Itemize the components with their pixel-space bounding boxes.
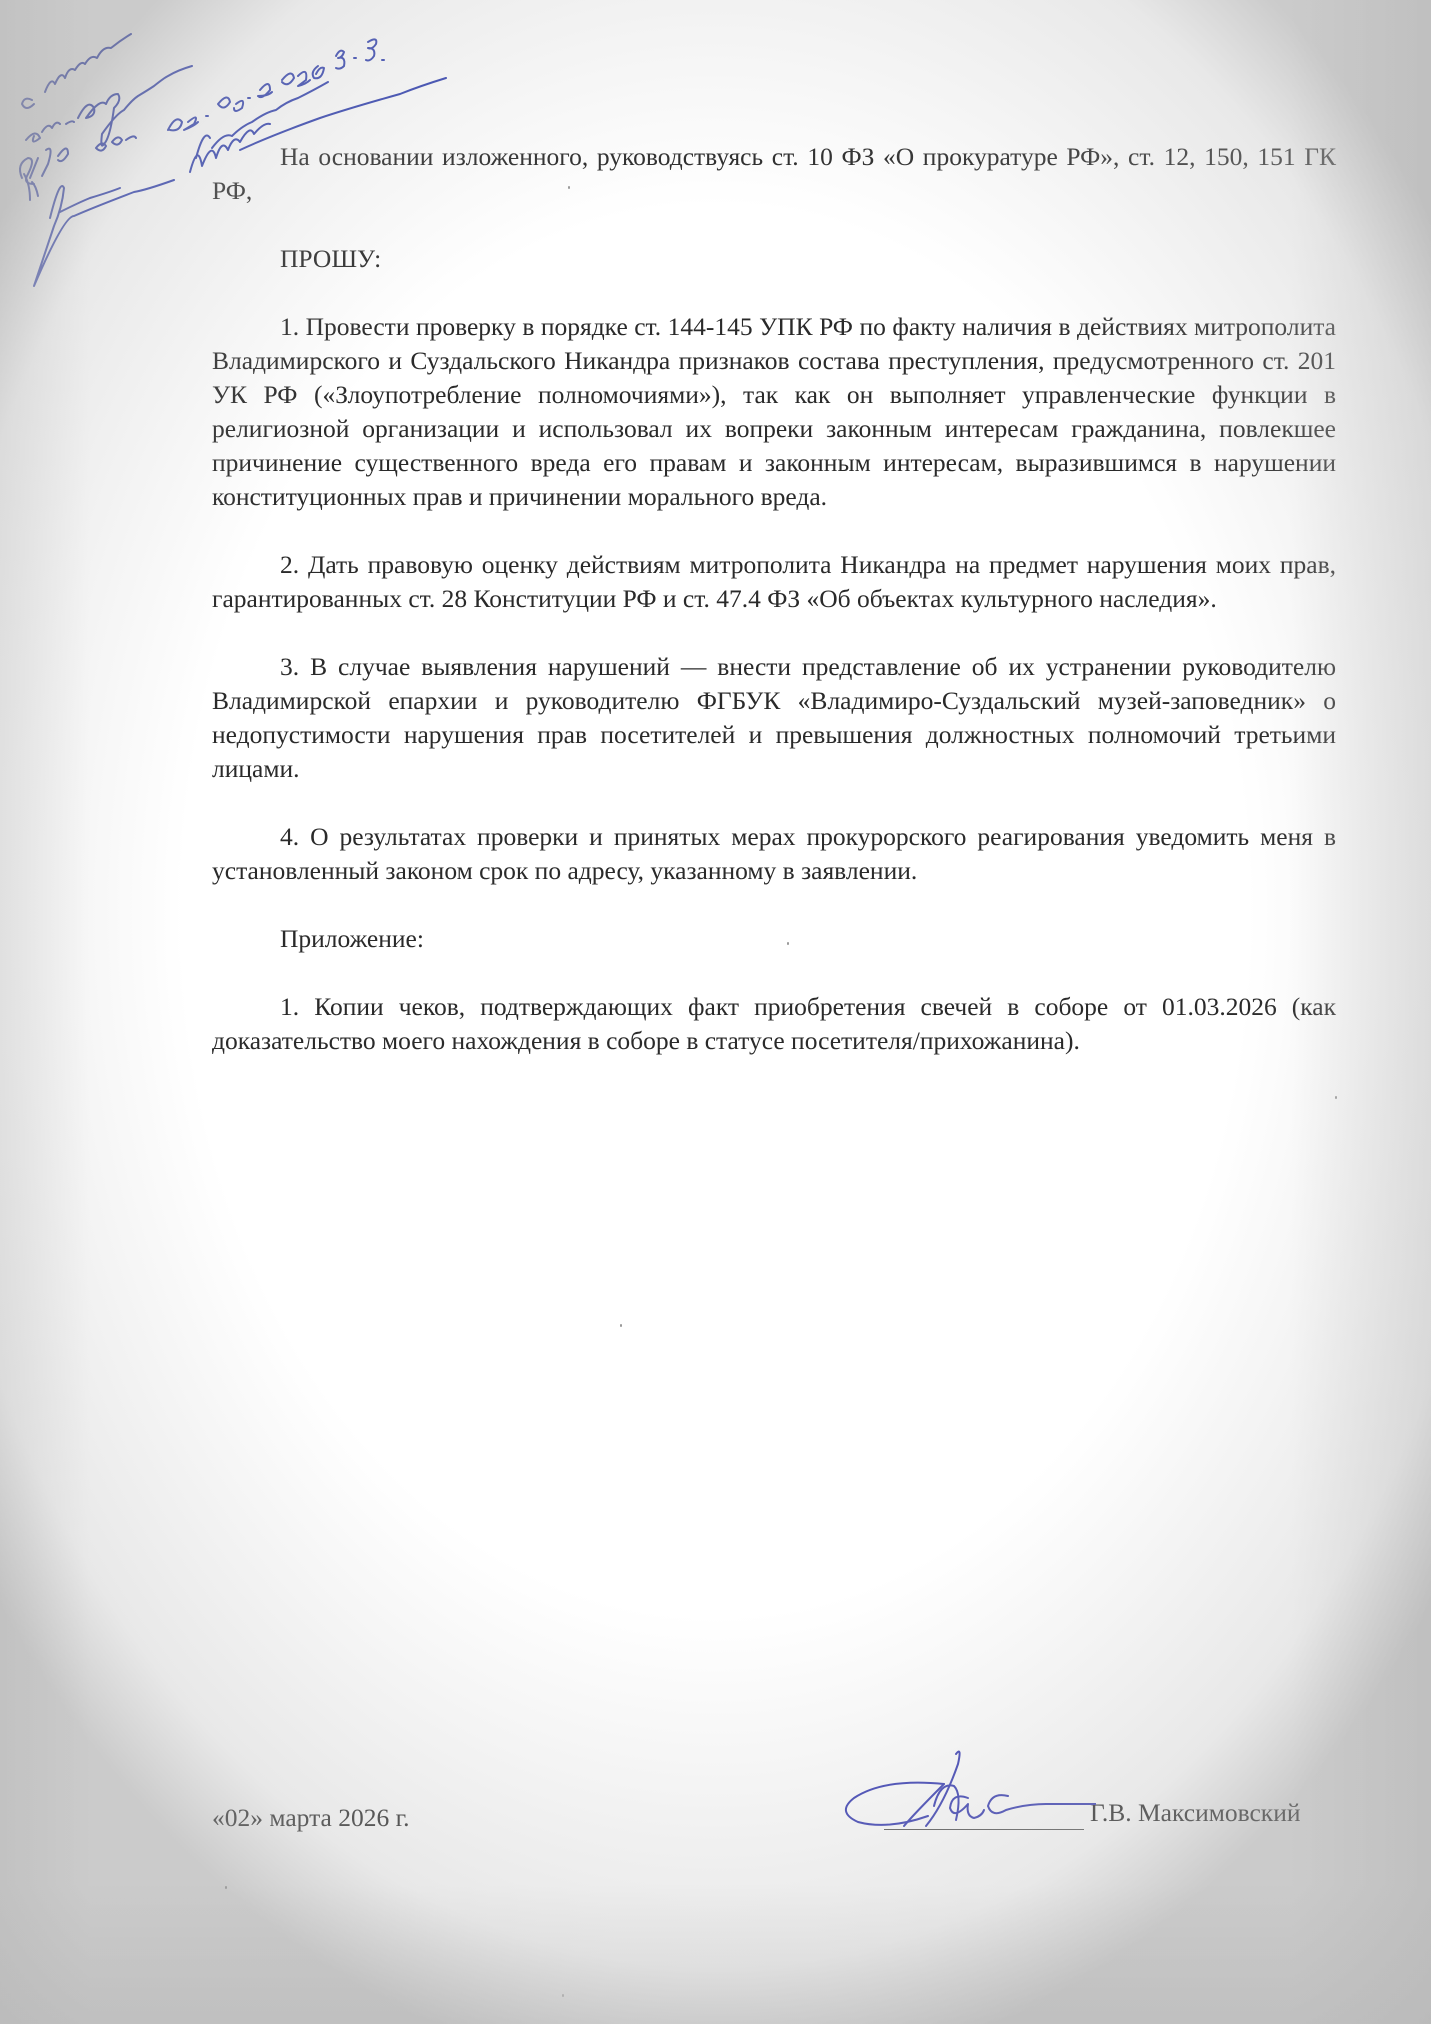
scan-speck [620, 1324, 622, 1327]
request-item: 1. Провести проверку в порядке ст. 144-1… [212, 310, 1336, 514]
scan-speck [562, 1994, 564, 1997]
scan-edge-shadow-left [0, 0, 90, 2024]
signatory-name: Г.В. Максимовский [1090, 1796, 1301, 1830]
attachment-heading: Приложение: [212, 922, 1336, 956]
request-item: 2. Дать правовую оценку действиям митроп… [212, 548, 1336, 616]
scan-edge-shadow-bottom [0, 1884, 1431, 2024]
request-item: 3. В случае выявления нарушений — внести… [212, 650, 1336, 786]
scan-speck [568, 186, 570, 189]
signature [836, 1740, 1096, 1840]
scan-speck [1335, 1096, 1337, 1099]
request-item: 4. О результатах проверки и принятых мер… [212, 820, 1336, 888]
handwritten-annotation [0, 0, 480, 300]
document-date: «02» марта 2026 г. [212, 1801, 410, 1835]
scan-speck [787, 942, 789, 945]
scan-speck [225, 1886, 227, 1889]
attachment-item: 1. Копии чеков, подтверждающих факт прио… [212, 990, 1336, 1058]
